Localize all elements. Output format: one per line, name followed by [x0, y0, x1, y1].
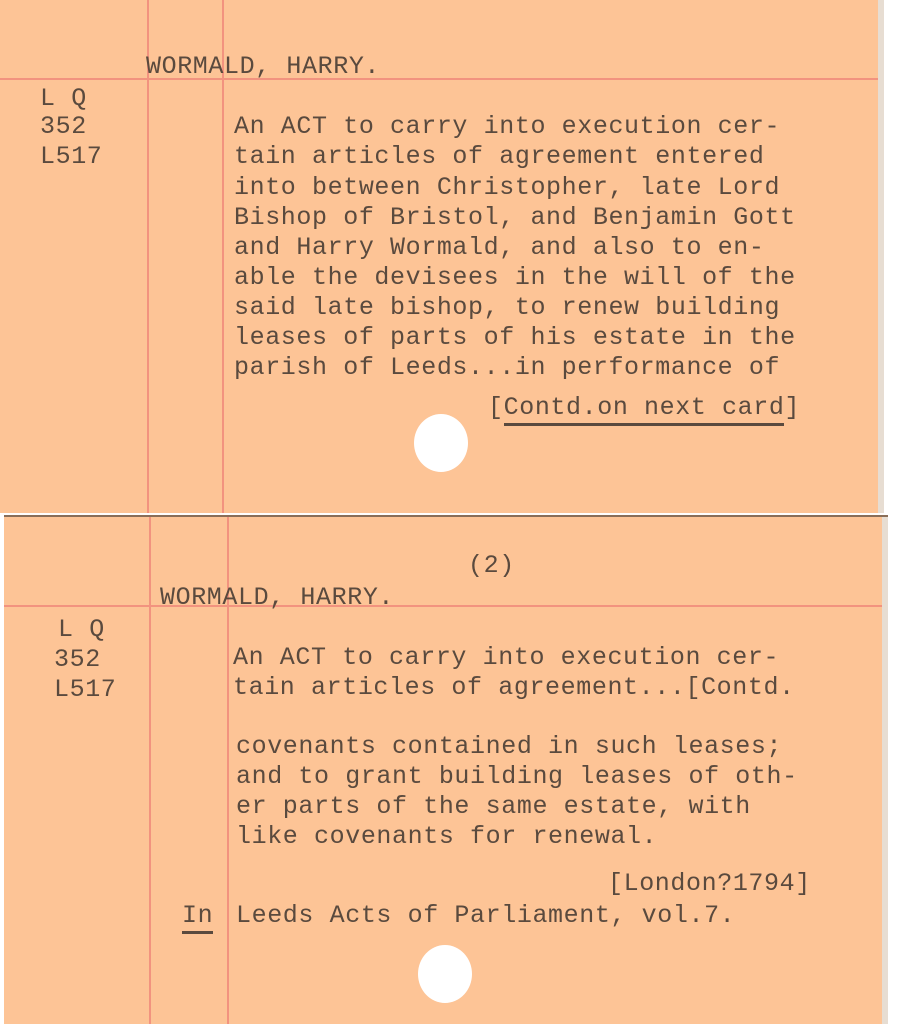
call-number-line-1: L Q	[58, 615, 105, 645]
card-heading: WORMALD, HARRY.	[146, 52, 380, 82]
punch-hole	[414, 414, 468, 472]
body-line: An ACT to carry into execution cer-	[234, 112, 780, 142]
rule-horizontal	[4, 605, 888, 607]
call-number-line-2: 352	[40, 112, 87, 142]
call-number-line-1: L Q	[40, 84, 87, 114]
punch-hole	[418, 945, 472, 1003]
body-line: parish of Leeds...in performance of	[234, 353, 780, 383]
rule-vertical-1	[149, 517, 151, 1024]
body-line: said late bishop, to renew building	[234, 293, 780, 323]
call-number-line-3: L517	[40, 142, 102, 172]
body-line: Bishop of Bristol, and Benjamin Gott	[234, 203, 796, 233]
body-line: and Harry Wormald, and also to en-	[234, 233, 764, 263]
in-label: In	[182, 901, 213, 934]
body-line: able the devisees in the will of the	[234, 263, 796, 293]
continuation-body: covenants contained in such leases; and …	[236, 732, 798, 852]
call-number-line-2: 352	[54, 645, 101, 675]
card-heading: WORMALD, HARRY.	[160, 583, 394, 613]
rule-horizontal	[0, 78, 884, 80]
body-line: tain articles of agreement entered	[234, 142, 764, 172]
body-line: leases of parts of his estate in the	[234, 323, 796, 353]
card-edge	[878, 0, 884, 513]
call-number-line-3: L517	[54, 675, 116, 705]
continuation-note: [Contd.on next card]	[488, 393, 800, 423]
body-line: tain articles of agreement...[Contd.	[233, 673, 795, 703]
continuation-text: Contd.on next card	[504, 393, 785, 426]
catalog-card-2: (2) WORMALD, HARRY. L Q 352 L517 An ACT …	[4, 515, 888, 1024]
card-edge	[882, 517, 888, 1024]
catalog-card-1: WORMALD, HARRY. L Q 352 L517 An ACT to c…	[0, 0, 884, 513]
card-sequence-number: (2)	[468, 551, 515, 581]
in-source: Leeds Acts of Parliament, vol.7.	[236, 901, 735, 931]
imprint: [London?1794]	[608, 869, 811, 899]
body-line: An ACT to carry into execution cer-	[233, 643, 779, 673]
body-line: into between Christopher, late Lord	[234, 173, 780, 203]
